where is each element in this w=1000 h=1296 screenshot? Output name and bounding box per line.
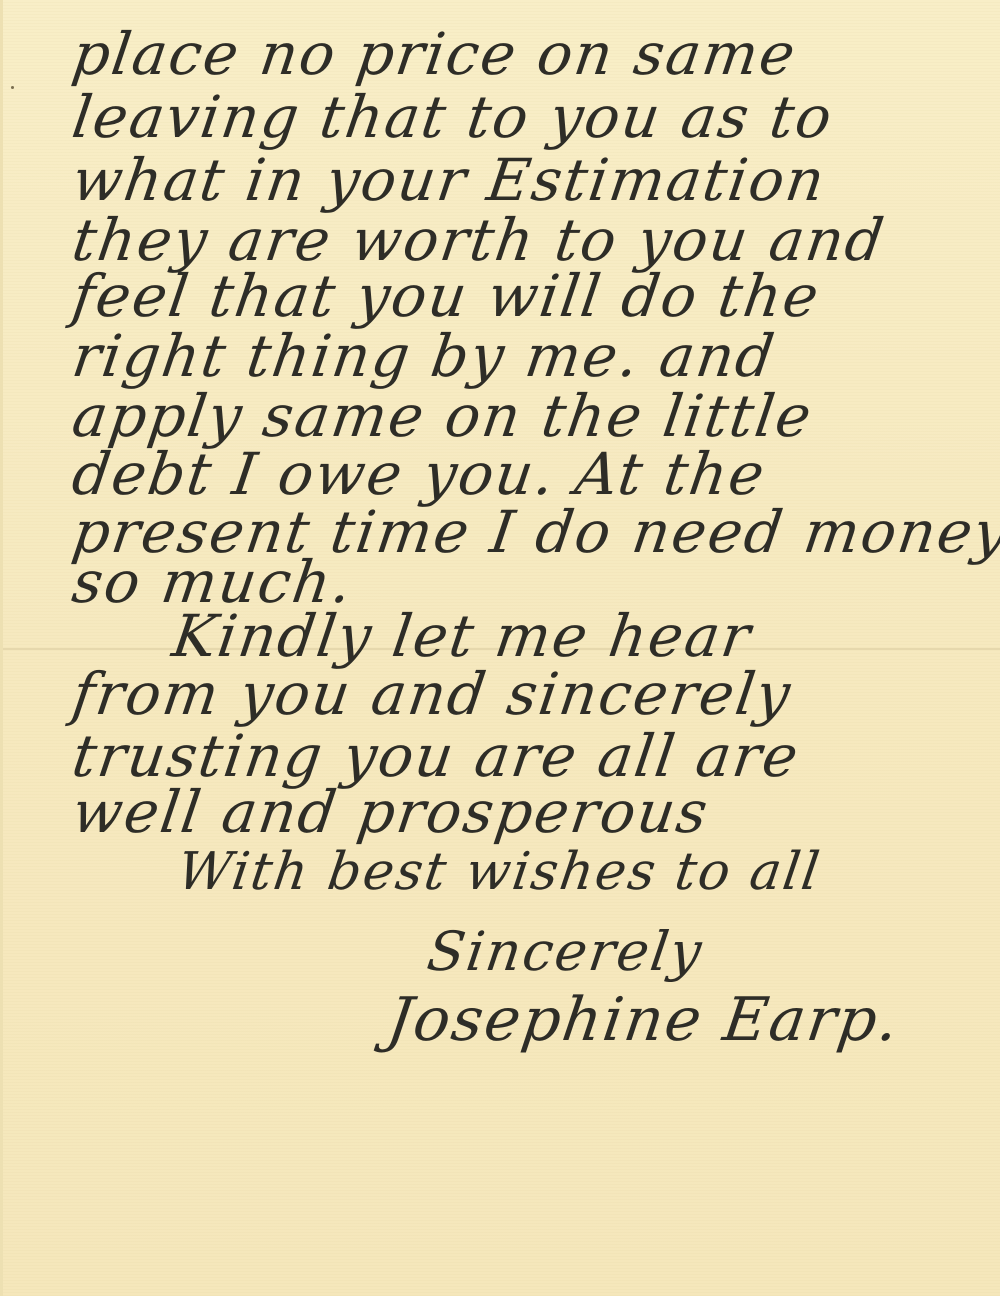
closing-line: With best wishes to all	[174, 842, 825, 902]
letter-line-3: what in your Estimation	[68, 146, 830, 214]
letter-line-2: leaving that to you as to	[68, 83, 837, 151]
letter-line-6: right thing by me. and	[68, 322, 780, 390]
signature: Josephine Earp.	[383, 985, 905, 1055]
paragraph2-line-2: from you and sincerely	[68, 660, 796, 728]
paragraph2-line-4: well and prosperous	[68, 778, 713, 846]
letter-line-5: feel that you will do the	[68, 262, 824, 330]
letter-page: place no price on same leaving that to y…	[0, 0, 1000, 1296]
letter-line-1: place no price on same	[68, 20, 801, 88]
signoff: Sincerely	[424, 920, 708, 983]
paper-speck	[11, 86, 14, 89]
